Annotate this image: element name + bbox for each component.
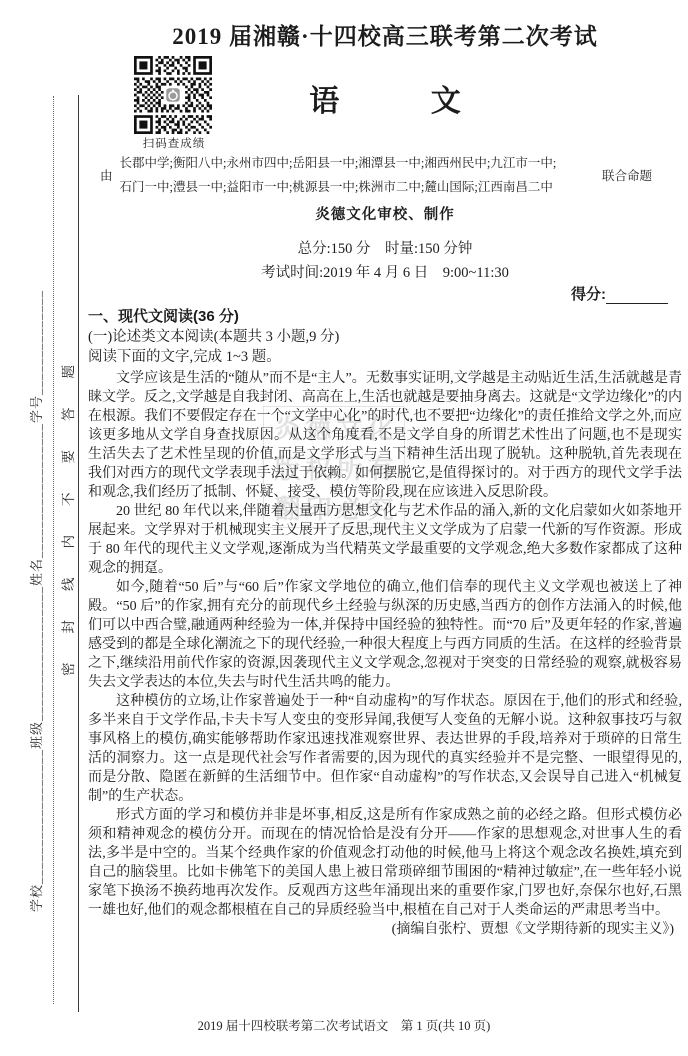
passage-paragraph-2: 20 世纪 80 年代以来,伴随着大量西方思想文化与艺术作品的涌入,新的文化启蒙…	[88, 502, 682, 578]
joint-proposition-label: 联合命题	[602, 166, 652, 184]
passage-paragraph-4: 这种模仿的立场,让作家普遍处于一种“自动虚构”的写作状态。原因在于,他们的形式和…	[88, 692, 682, 806]
page-footer: 2019 届十四校联考第二次考试语文 第 1 页(共 10 页)	[0, 1016, 688, 1034]
by-label: 由	[100, 166, 113, 184]
subject-title: 语 文	[88, 76, 682, 120]
subsection-heading: (一)论述类文本阅读(本题共 3 小题,9 分)	[88, 327, 682, 347]
section-heading: 一、现代文阅读(36 分)	[88, 306, 682, 327]
passage-paragraph-3: 如今,随着“50 后”与“60 后”作家文学地位的确立,他们信奉的现代主义文学观…	[88, 578, 682, 692]
subject-char-right: 文	[431, 85, 461, 118]
school-list: 长郡中学;衡阳八中;永州市四中;岳阳县一中;湘潭县一中;湘西州民中;九江市一中;…	[120, 151, 593, 200]
student-info-fields: 学校__________________班级__________________…	[26, 92, 45, 912]
exam-title: 2019 届湘赣·十四校高三联考第二次考试	[88, 18, 682, 51]
total-score-line: 总分:150 分 时量:150 分钟	[88, 237, 682, 258]
passage-content: 一、现代文阅读(36 分) (一)论述类文本阅读(本题共 3 小题,9 分) 阅…	[88, 306, 682, 939]
score-box: 得分:	[571, 283, 668, 304]
passage-paragraph-5: 形式方面的学习和模仿并非是坏事,相反,这是所有作家成熟之前的必经之路。但形式模仿…	[88, 806, 682, 920]
seal-solid-line	[78, 95, 79, 1012]
passage-paragraph-1: 文学应该是生活的“随从”而不是“主人”。无数事实证明,文学越是主动贴近生活,生活…	[88, 369, 682, 502]
reading-instruction: 阅读下面的文字,完成 1~3 题。	[88, 347, 682, 367]
school-list-line-2: 石门一中;澧县一中;益阳市一中;桃源县一中;株洲市二中;麓山国际;江西南昌二中	[120, 180, 553, 194]
producer-credit: 炎德文化审校、制作	[88, 203, 682, 224]
subject-char-left: 语	[309, 85, 339, 118]
score-label: 得分:	[571, 286, 606, 303]
qr-caption: 扫码查成绩	[134, 135, 214, 151]
passage-attribution: (摘编自张柠、贾想《文学期待新的现实主义》)	[88, 920, 682, 939]
exam-time-line: 考试时间:2019 年 4 月 6 日 9:00~11:30	[88, 261, 682, 282]
school-list-line-1: 长郡中学;衡阳八中;永州市四中;岳阳县一中;湘潭县一中;湘西州民中;九江市一中;	[120, 156, 557, 170]
seal-dotted-line	[53, 96, 54, 1004]
proposers-block: 由 长郡中学;衡阳八中;永州市四中;岳阳县一中;湘潭县一中;湘西州民中;九江市一…	[100, 151, 652, 200]
score-blank-line	[606, 288, 668, 304]
exam-paper-page: 学校__________________班级__________________…	[0, 0, 688, 1056]
seal-warning-text: 密封线内不要答题	[57, 276, 77, 676]
